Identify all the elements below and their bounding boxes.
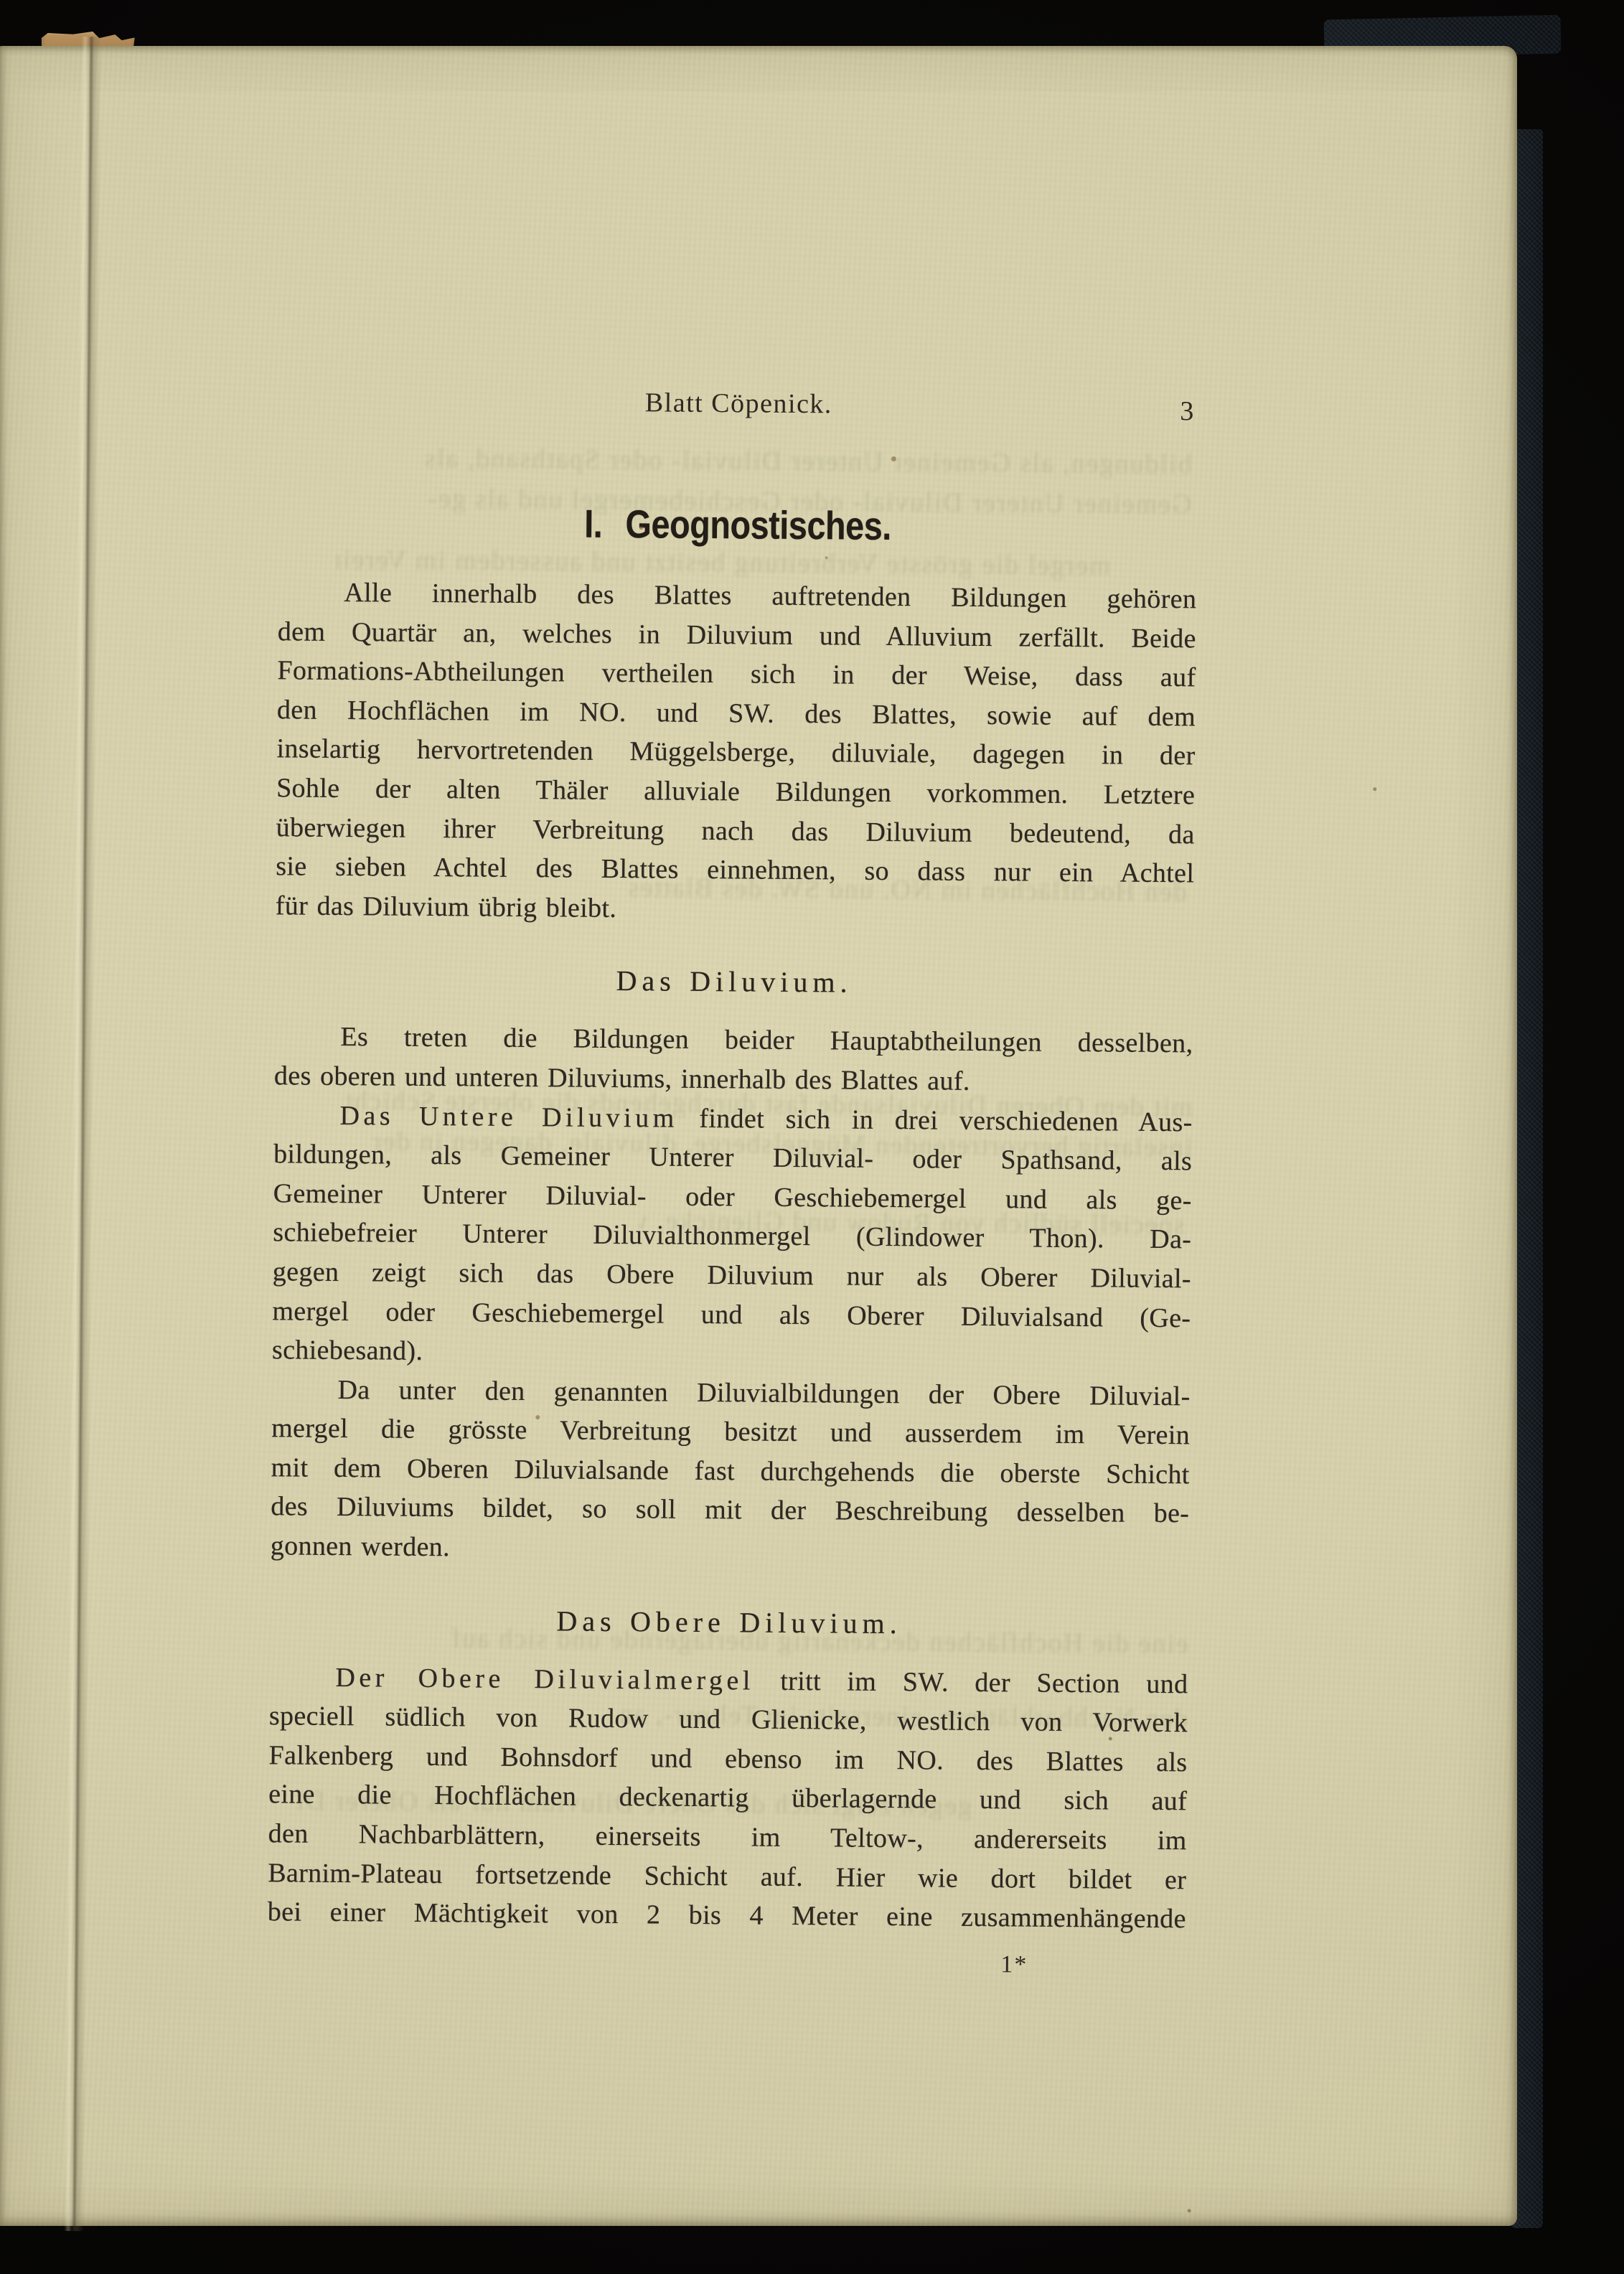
text-line: den Hochflächen im NO. und SW. des Blatt… <box>277 690 1196 737</box>
text-line: Barnim-Plateau fortsetzende Schicht auf.… <box>268 1854 1186 1900</box>
dust-speck <box>1188 2209 1191 2212</box>
sub-heading: Das Obere Diluvium. <box>270 1599 1188 1646</box>
show-through-text: bildungen, als Gemeiner Unterer Diluvial… <box>309 441 1192 482</box>
text-line: Der Obere Diluvialmergel tritt im SW. de… <box>269 1658 1188 1704</box>
text-line: eine die Hochflächen deckenartig überlag… <box>268 1775 1187 1822</box>
body-text: Alle innerhalb des Blattes auftretenden … <box>268 573 1197 1939</box>
text-line: gonnen werden. <box>271 1526 1189 1573</box>
text-line: sie sieben Achtel des Blattes einnehmen,… <box>276 847 1194 893</box>
page-gutter-crease <box>64 37 101 2231</box>
text-line: des Diluviums bildet, so soll mit der Be… <box>271 1488 1189 1534</box>
sub-heading: Das Diluvium. <box>275 959 1193 1006</box>
text-line: mit dem Oberen Diluvialsande fast durchg… <box>271 1448 1190 1495</box>
text-line: überwiegen ihrer Verbreitung nach das Di… <box>276 808 1195 855</box>
page-content: bildungen, als Gemeiner Unterer Diluvial… <box>0 43 1519 2235</box>
signature-mark: 1* <box>1000 1951 1028 1978</box>
text-line: speciell südlich von Rudow und Glienicke… <box>269 1696 1188 1743</box>
text-line: Es treten die Bildungen beider Hauptabth… <box>274 1018 1193 1064</box>
text-line: Da unter den genannten Diluvialbildungen… <box>271 1370 1190 1416</box>
page-number: 3 <box>1180 394 1193 428</box>
page-paper: bildungen, als Gemeiner Unterer Diluvial… <box>0 46 1517 2226</box>
text-line: Sohle der alten Thäler alluviale Bildung… <box>276 769 1195 815</box>
text-line: Formations-Abtheilungen vertheilen sich … <box>277 651 1196 697</box>
dust-speck <box>825 556 828 559</box>
text-line: bei einer Mächtigkeit von 2 bis 4 Meter … <box>268 1892 1186 1939</box>
scanned-book-page: bildungen, als Gemeiner Unterer Diluvial… <box>0 0 1624 2274</box>
text-line: dem Quartär an, welches in Diluvium und … <box>278 612 1196 659</box>
text-line: für das Diluvium übrig bleibt. <box>276 886 1194 933</box>
letterspaced-phrase: Das Untere Diluvium <box>339 1101 678 1134</box>
text-line: Alle innerhalb des Blattes auftretenden … <box>278 573 1196 619</box>
letterspaced-phrase: Der Obere Diluvialmergel <box>335 1663 754 1696</box>
text-line: schiebefreier Unterer Diluvialthonmergel… <box>273 1213 1191 1260</box>
text-line: mergel die grösste Verbreitung besitzt u… <box>271 1409 1190 1456</box>
text-line: den Nachbarblättern, einerseits im Telto… <box>268 1814 1187 1861</box>
running-head: Blatt Cöpenick. 3 <box>279 382 1198 424</box>
text-line: schiebesand). <box>272 1330 1191 1377</box>
dust-speck <box>891 456 896 461</box>
text-line: des oberen und unteren Diluviums, innerh… <box>274 1056 1193 1103</box>
text-line: mergel oder Geschiebemergel und als Ober… <box>272 1292 1191 1338</box>
text-line: Gemeiner Unterer Diluvial- oder Geschieb… <box>273 1174 1192 1221</box>
text-line: inselartig hervortretenden Müggelsberge,… <box>276 730 1195 776</box>
running-head-title: Blatt Cöpenick. <box>645 387 832 419</box>
text-line: bildungen, als Gemeiner Unterer Diluvial… <box>273 1134 1192 1181</box>
text-line: gegen zeigt sich das Obere Diluvium nur … <box>273 1252 1191 1299</box>
section-title: I. Geognostisches. <box>347 499 1128 550</box>
text-line: Das Untere Diluvium findet sich in drei … <box>273 1096 1192 1142</box>
dust-speck <box>1373 787 1376 791</box>
text-line: Falkenberg und Bohnsdorf und ebenso im N… <box>268 1736 1187 1782</box>
